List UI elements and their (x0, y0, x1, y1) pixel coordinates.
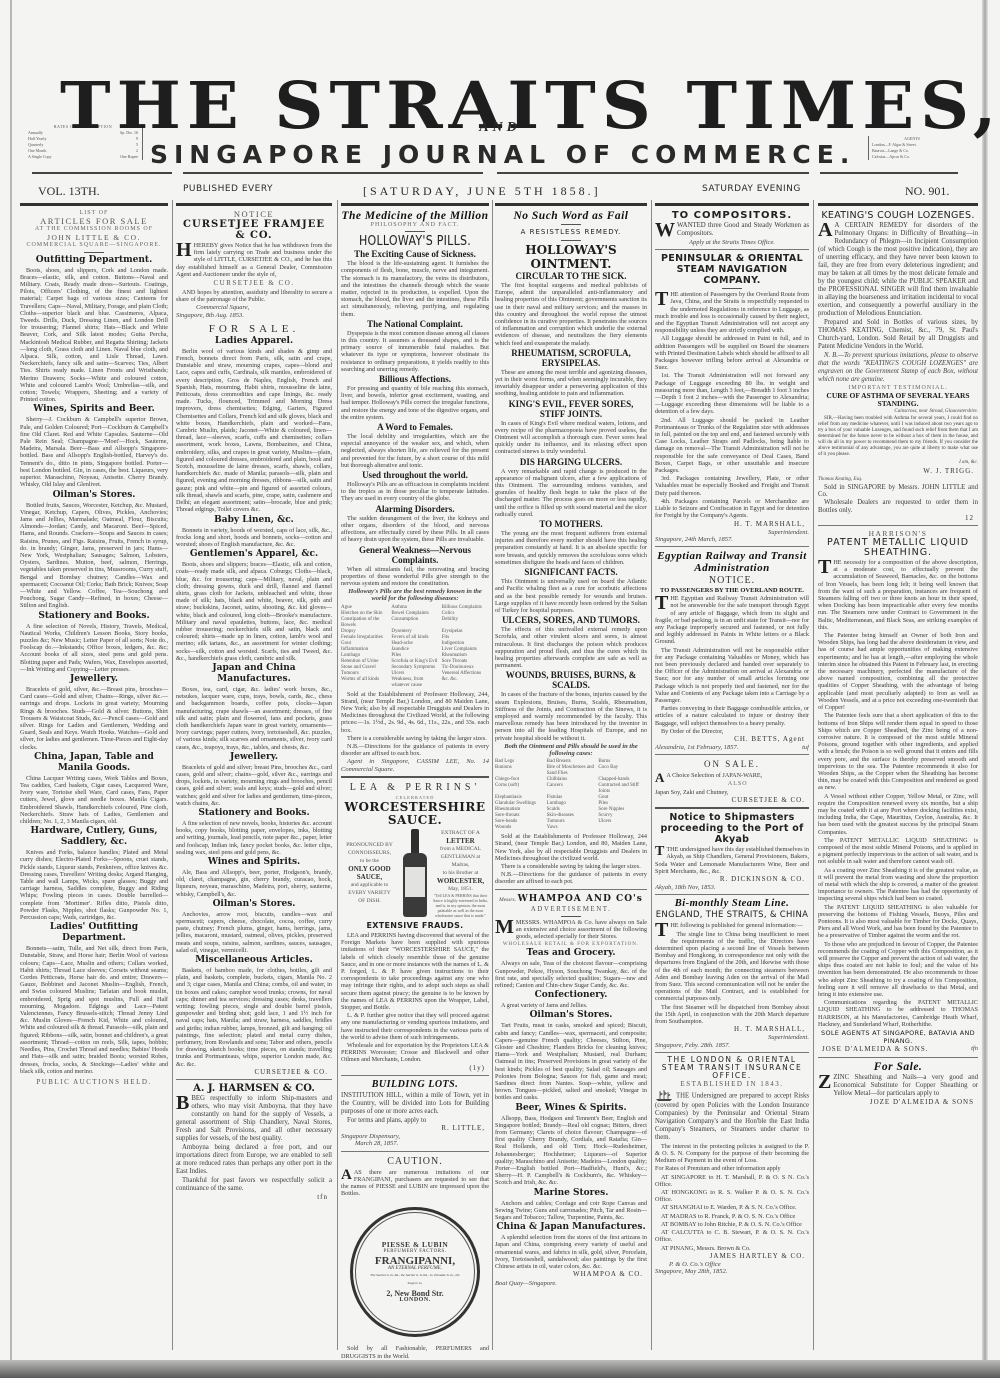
rate-label: A Single Copy (28, 154, 52, 160)
egyptian-heading: Egyptian Railway and Transit Administrat… (655, 550, 809, 574)
building-lots-signature: R. LITTLE, (345, 1125, 485, 1132)
harmsen-mark: tfn (180, 1194, 328, 1201)
sauce-ad-block: PRONOUNCED BYCONNOISSEURS,to be theONLY … (341, 829, 489, 918)
section-heading: General Weakness—Nervous Complaints. (341, 545, 489, 565)
section-body: The blood is the life-sustaining agent. … (341, 260, 489, 318)
section-heading: China & Japan Manufactures. (495, 1222, 647, 1233)
bimonthly-sub: ENGLAND, THE STRAITS, & CHINA (655, 910, 809, 921)
egyptian-mark: tuf (802, 744, 809, 751)
sauce-right-line: EXTRACT OF A (432, 829, 489, 837)
pills-saving: There is a considerable saving by taking… (341, 735, 489, 742)
frangipanni-sold-by: Sold by all Fashionable, PERFUMERS and D… (341, 1345, 489, 1359)
article-sections: Outfitting Department.Boots, shoes, and … (20, 255, 168, 1075)
lea-perrins-heading: LEA & PERRINS' (341, 781, 489, 794)
section-body: Bracelets of gold and silver; breast Pin… (176, 764, 332, 807)
section-heading: CIRCULAR TO THE SICK. (495, 271, 647, 281)
insurance-established: ESTABLISHED IN 1843. (655, 1080, 809, 1089)
section-body: This Ointment is universally used on boa… (495, 578, 647, 614)
articles-heading: ARTICLES FOR SALE (20, 217, 168, 226)
column-holloway-pills: The Medicine of the Million PHILOSOPHY A… (341, 200, 489, 1360)
section-heading: Teas and Grocery. (495, 948, 647, 959)
section-heading: Billious Affections. (341, 374, 489, 384)
section-body: The young are the most frequent sufferer… (495, 530, 647, 566)
section-body: Tart Fruits, meat in casks, smoked and s… (495, 1022, 647, 1101)
whampoa-heading: WHAMPOA AND CO's (518, 894, 643, 904)
section-body: When all stimulants fail, the renovating… (341, 566, 489, 588)
firm-heading: JOHN LITTLE & CO. (20, 233, 168, 242)
ointment-both-used: Both the Ointment and Pills should be us… (495, 743, 647, 757)
whampoa-sub: ADVERTISEMENT. (495, 905, 647, 914)
section-body: Bracelets of gold, silver, &c.—Breast pi… (20, 686, 168, 751)
bimonthly-signature-title: Superintendent. (655, 1034, 809, 1041)
frauds-mark: (1y) (345, 1065, 485, 1072)
column-rule (492, 200, 493, 1350)
keating-letter: SIR,—Having been troubled with Asthma fo… (818, 416, 978, 458)
ointment-saving: There is a considerable saving by taking… (495, 863, 647, 870)
section-body: Anchovies, arrow root, biscuits, candles… (176, 911, 332, 954)
sauce-right-line: from a MEDICAL (432, 845, 489, 853)
ointment-sections: CIRCULAR TO THE SICK.The first hospital … (495, 271, 647, 742)
insurance-agent: AT PINANG, Messrs. Brown & Co. (655, 1245, 809, 1252)
insurance-body: THE Undersigned are prepared to accept R… (655, 1090, 809, 1142)
pills-product: HOLLOWAY'S PILLS. (352, 234, 478, 249)
section-body: These are among the most terrible and ag… (495, 369, 647, 398)
insurance-heading: THE LONDON & ORIENTAL STEAM TRANSIT INSU… (655, 1056, 809, 1080)
section-heading: Jewellery. (20, 674, 168, 685)
po-signature: H. T. MARSHALL, (659, 521, 805, 528)
section-heading: Wines and Spirits. (176, 857, 332, 868)
akyab-heading: Notice to Shipmasters proceeding to the … (655, 812, 809, 845)
caution-body: AAS there are numerous imitations of our… (341, 1169, 489, 1198)
drop-cap: T (818, 559, 831, 576)
page-bottom-shadow (0, 1360, 1000, 1378)
egyptian-signature: CH. BETTS, Agent (659, 736, 805, 743)
egyptian-body: THE Egyptian and Railway Transit Adminis… (655, 595, 809, 727)
ointment-product: HOLLOWAY'S OINTMENT. (495, 243, 647, 271)
column-rule (813, 200, 814, 1350)
disease-item: Consumption (391, 617, 438, 629)
rate-value: One Rupee (120, 154, 138, 160)
section-heading: Marine Stores. (495, 1188, 647, 1199)
sauce-left-line: to be the (341, 857, 398, 865)
issue-date: [SATURDAY, JUNE 5TH 1858.] (363, 184, 601, 199)
paragraph: THE following is published for general i… (655, 922, 809, 929)
insurance-agents: AT SINGAPORE to H. T. Marshall, P. & O. … (655, 1174, 809, 1252)
paragraph: A Vessel without either Copper, Yellow M… (818, 793, 978, 836)
pills-remedy-heading: Holloway's Pills are the best remedy kno… (341, 588, 489, 602)
disease-item: Worms of all kinds (341, 677, 388, 689)
keating-heading: KEATING'S COUGH LOZENGES. (818, 210, 978, 221)
egyptian-notice: NOTICE. (655, 574, 809, 587)
section-body: Knives and Forks, balance handles; Plate… (20, 849, 168, 921)
masthead-rule (820, 172, 958, 174)
disease-item: Weakness, from whatever cause (391, 677, 438, 689)
po-signature-title: Superintendent. (655, 529, 809, 536)
on-sale-body-2: Japan Soy, Zaki and Chutney, (655, 789, 809, 796)
compositors-body: WWANTED three Good and Steady Workmen as… (655, 222, 809, 238)
paragraph: 3rd. Packages containing Jewellery, Plat… (655, 475, 809, 497)
sauce-left-line: OF DISH. (341, 897, 398, 905)
insurance-agent: AT HONGKONG to R. S. Walker P. & O. S. N… (655, 1189, 809, 1203)
building-lots-body: INSTITUTION HILL, within a mile of Town,… (341, 1092, 489, 1116)
section-body: A splendid selection from the stores of … (495, 1234, 647, 1270)
frauds-body-2: L. & P. further give notice that they wi… (341, 1012, 489, 1041)
ointment-subtitle: A RESISTLESS REMEDY. (495, 227, 647, 238)
section-heading: The National Complaint. (341, 319, 489, 329)
insurance-signature: JAMES HARTLEY & CO. (659, 1253, 805, 1260)
cursetjee-signature: CURSETJEE & CO. (180, 1069, 328, 1076)
for-sale-zinc-heading: For Sale. (818, 1061, 978, 1073)
building-lots-place: Singapore Dispensary, (341, 1133, 489, 1140)
case-item: Ulcers (598, 819, 647, 825)
section-body: A fine selection of new novels, books, h… (176, 820, 332, 856)
volume-number: VOL. 13TH. (38, 184, 100, 199)
section-body: Bottled fruits, Sauces, Worcester, Ketch… (20, 502, 168, 610)
keating-cure: CURE OF ASTHMA OF SEVERAL YEARS STANDING… (818, 392, 978, 408)
bimonthly-signature: H. T. MARSHALL, (659, 1026, 805, 1033)
keating-body: AA CERTAIN REMEDY for disorders of the P… (818, 222, 978, 318)
frauds-heading: EXTENSIVE FRAUDS. (341, 920, 489, 931)
ointment-sold-at: Sold at the Establishments of Professor … (495, 833, 647, 862)
pills-directions: N.B.—Directions for the guidance of pati… (341, 743, 489, 757)
case-item: Yaws (547, 825, 596, 831)
section-body: Dyspepsia is the most common disease amo… (341, 330, 489, 373)
harrison-heading: PATENT METALLIC LIQUID SHEATHING. (818, 538, 978, 558)
sauce-right-line: WORCESTER, (432, 877, 489, 885)
harmsen-body-2: Amboyna being declared a free port, and … (176, 1144, 332, 1176)
section-body: In cases of the fracture of the bones, i… (495, 691, 647, 741)
paragraph: THE necessity for a composition of the a… (818, 559, 978, 631)
building-lots-heading: BUILDING LOTS. (341, 1079, 489, 1091)
disease-item: Debility (442, 617, 489, 629)
section-heading: Stationery and Books. (20, 611, 168, 622)
section-body: Boots, shoes, and slippers, Cork and Lon… (20, 267, 168, 404)
pills-title: The Medicine of the Million (341, 210, 489, 222)
harmsen-heading: A. J. HARMSEN & CO. (176, 1083, 332, 1094)
paragraph: As a coating over Zinc Sheathing it is o… (818, 867, 978, 903)
notice-body: HHEREBY gives Notice that he has withdra… (176, 242, 332, 278)
harmsen-body-3: Thankful for past favors we respectfully… (176, 1177, 332, 1193)
title-conjunction: AND (0, 120, 1000, 136)
sauce-left-line: and applicable to (341, 881, 398, 889)
insurance-agent: AT MADRAS to R. Franck, P. & O. S. N. Co… (655, 1213, 809, 1220)
section-heading: Wines, Spirits and Beer. (20, 404, 168, 415)
column-rule (337, 200, 338, 1350)
keating-sold: Sold in SINGAPORE by Messrs. JOHN LITTLE… (818, 484, 978, 498)
section-heading: RHEUMATISM, SCROFULA, ERYSIPELAS. (495, 348, 647, 368)
sauce-left-line: EVERY VARIETY (341, 889, 398, 897)
published-every: PUBLISHED EVERY (183, 184, 273, 194)
seal-address: 2, New Bond Str. (386, 1290, 443, 1297)
harrison-agents: SOLE AGENTS AT SINGAPORE, BATAVIA AND PI… (818, 1029, 978, 1045)
section-body: Boxes, tea, card, cigar, &c. ladies' wor… (176, 686, 332, 751)
paragraph: The first Steamer will be dispatched fro… (655, 1004, 809, 1026)
bimonthly-heading: Bi-monthly Steam Line. (655, 898, 809, 910)
dateline: VOL. 13TH. PUBLISHED EVERY [SATURDAY, JU… (0, 184, 1000, 200)
keating-yours: I am, &c. (818, 459, 978, 466)
insurance-body-2: The interest in the protecting policies … (655, 1143, 809, 1165)
sauce-right-line: May, 1851. (432, 885, 489, 893)
insurance-rates: For Rates of Premium and other informati… (655, 1165, 809, 1172)
paragraph: The PATENT LIQUID SHEATHING is also valu… (818, 904, 978, 940)
section-body: The sudden derangement of the liver, the… (341, 515, 489, 544)
sauce-ad-right: EXTRACT OF ALETTERfrom a MEDICALGENTLEMA… (432, 829, 489, 918)
paragraph: The Patentee feels sure that a short app… (818, 712, 978, 791)
keating-wholesale: Wholesale Dealers are requested to order… (818, 499, 978, 513)
section-body: Baskets, of bamboo made, for clothes, bo… (176, 967, 332, 1068)
section-body: A great variety of Jams and Jellies. (495, 1002, 647, 1009)
whampoa-signature: WHAMPOA & CO. (499, 1271, 643, 1278)
sauce-bottle-icon (402, 829, 428, 917)
whampoa-wholesale: WHOLESALE RETAIL & FOR EXPORTATION. (495, 941, 647, 948)
section-heading: China, Japan, Table and Manila Goods. (20, 752, 168, 774)
column-keating-harrison: KEATING'S COUGH LOZENGES. AA CERTAIN REM… (818, 200, 978, 1360)
section-body: The first hospital surgeons and medical … (495, 282, 647, 347)
section-heading: DIS HARGING ULCERS. (495, 457, 647, 467)
for-sale-zinc-body: ZZINC Sheathing and Nails—a very good an… (818, 1074, 978, 1098)
building-lots-date: March 28, 1857. (341, 1140, 489, 1147)
paragraph: Parties conveying in their Baggage combu… (655, 705, 809, 727)
section-heading: Jewellery. (176, 752, 332, 763)
section-heading: WOUNDS, BRUISES, BURNS, & SCALDS. (495, 670, 647, 690)
notice-firm-name: CURSETJEE FRAMJEE & CO. (176, 219, 332, 241)
address-heading: COMMERCIAL SQUARE—SINGAPORE. (20, 242, 168, 249)
case-item: Coco Bay (598, 765, 647, 777)
harrison-body: THE necessity for a composition of the a… (818, 559, 978, 1028)
disease-item: &c. &c. (442, 677, 489, 689)
notice-date: Singapore, 8th Aug. 1853. (176, 312, 332, 319)
section-heading: Used throughout the world. (341, 470, 489, 480)
section-heading: ULCERS, SORES, AND TUMORS. (495, 615, 647, 625)
paragraph: To those who are prejudiced in favour of… (818, 941, 978, 999)
drop-cap: T (655, 922, 668, 939)
section-heading: Baby Linen, &c. (176, 515, 332, 526)
section-body: Holloway's Pills are as efficacious in c… (341, 481, 489, 503)
whampoa-body: MMESSRS. WHAMPOA & Co. have always on Sa… (495, 919, 647, 941)
masthead: RATES OF SUBSCRIPTION AnnuallySp. Drs. 1… (0, 0, 1000, 200)
whampoa-sections: Teas and Grocery.Always on sale, Teas of… (495, 948, 647, 1270)
paragraph: The single line to China being insuffici… (655, 931, 809, 1003)
paragraph: All Luggage should be addressed in Paint… (655, 335, 809, 371)
keating-place: Cainscross, near Stroud, Gloucestershire… (818, 408, 978, 415)
seal-tagline: AN ETERNAL PERFUME. (388, 1265, 442, 1272)
keating-nb: N. B.—To prevent spurious imitations, pl… (818, 352, 978, 384)
column-rule (172, 200, 173, 1350)
case-item: Cancers (547, 783, 596, 795)
for-sale-heading: FOR SALE. (176, 323, 332, 336)
disease-item: Constipation of the Bowels (341, 617, 388, 629)
rooms-heading: AT THE COMMISSION ROOMS OF (20, 226, 168, 233)
drop-cap: T (655, 595, 668, 612)
rate-row: A Single CopyOne Rupee (28, 154, 138, 160)
column-rule (651, 200, 652, 1350)
page-edge-left (10, 0, 12, 1378)
case-item: Corns (soft) (495, 783, 544, 795)
seal-maker: PIESSE & LUBIN (382, 1241, 449, 1248)
section-body: Bonnets in variety, hoods of worsted, ca… (176, 527, 332, 549)
seal-maker-sub: PERFUMERY FACTORS. (383, 1248, 446, 1255)
section-heading: Oilman's Stores. (176, 899, 332, 910)
section-body: Sherry—J. Cockburn & Campbell's superior… (20, 416, 168, 488)
insurance-agent: AT BOMBAY to John Ritchie, P. & O. S. N.… (655, 1221, 809, 1228)
harmsen-body: BBEG respectfully to inform Ship-masters… (176, 1095, 332, 1143)
masthead-rule (32, 172, 172, 174)
section-body: A very remarkable and rapid change is pr… (495, 468, 647, 518)
caution-heading: CAUTION. (341, 1155, 489, 1168)
sauce-right-line: GENTLEMAN at (432, 853, 489, 861)
case-item: Bite of Moschetoes and Sand Flies (547, 765, 596, 777)
compositors-heading: TO COMPOSITORS. (655, 210, 809, 221)
insurance-date: Singapore, May 28th, 1852. (655, 1268, 809, 1275)
frauds-body: LEA and PERRINS having discovered that s… (341, 932, 489, 1011)
section-body: In cases of King's Evil where medical wa… (495, 420, 647, 456)
sauce-right-line: to his Brother at (432, 869, 489, 877)
akyab-date: Akyab, 18th Nov, 1853. (655, 884, 809, 891)
keating-addressee: Thomas Keating, Esq. (818, 476, 978, 483)
sauce-right-line: LETTER (432, 837, 489, 845)
paragraph: 1st. The Transit Administration will not… (655, 372, 809, 415)
notice-heading: NOTICE (176, 210, 332, 219)
section-body: Berlin wool of various kinds and shades … (176, 348, 332, 514)
section-body: Allsopp, Bass, Hodgson and Tennent's Bee… (495, 1115, 647, 1187)
case-item: Bunions (495, 765, 544, 777)
section-heading: Alarming Disorders. (341, 504, 489, 514)
lea-perrins-product: WORCESTERSHIRE SAUCE. (341, 801, 489, 827)
section-heading: A Word to Females. (341, 422, 489, 432)
masthead-rule (497, 172, 809, 174)
paragraph: THE Egyptian and Railway Transit Adminis… (655, 595, 809, 645)
on-sale-body: AA Choice Selection of JAPAN-WARE, (655, 772, 809, 779)
notice-body-2: AND hopes by attention, assiduity and li… (176, 289, 332, 303)
column-cursetjee: NOTICE CURSETJEE FRAMJEE & CO. HHEREBY g… (176, 200, 332, 1360)
section-heading: Oilman's Stores. (495, 1010, 647, 1021)
agent-entry: Calcutta—Apcar & Co. (872, 154, 952, 160)
keating-body-2: Prepared and Sold in Bottles of various … (818, 319, 978, 351)
whampoa-heading-row: Messrs. WHAMPOA AND CO's (495, 894, 647, 905)
section-body: Boots, shoes and slippers; braces—Elasti… (176, 561, 332, 662)
insurance-agent: AT SINGAPORE to H. T. Marshall, P. & O. … (655, 1174, 809, 1188)
keating-mark: 12 (822, 515, 974, 522)
section-heading: Confectionery. (495, 990, 647, 1001)
egyptian-order: By Order of the Director, (655, 728, 809, 735)
egyptian-sub: TO PASSENGERS BY THE OVERLAND ROUTE. (655, 587, 809, 594)
on-sale-signature: CURSETJEE & CO. (659, 797, 805, 804)
for-sale-sections: Ladies Apparel.Berlin wool of various ki… (176, 336, 332, 1068)
po-date: Singapore, 24th March, 1857. (655, 536, 809, 543)
pills-subtitle: PHILOSOPHY AND FACT. (341, 222, 489, 229)
section-heading: Gentlemen's Apparel, &c. (176, 549, 332, 560)
for-sale-zinc-signature: JOZE D'ALMEIDA & SONS (822, 1099, 974, 1106)
diseases-list: AgueAsthmaBillious ComplaintsBlotches on… (341, 605, 489, 689)
page-edge-right (982, 0, 988, 1378)
pills-sold-at: Sold at the Establishment of Professor H… (341, 691, 489, 734)
akyab-signature: R. DICKINSON & CO. (659, 876, 805, 883)
sauce-right-line: "Tell LEA & PERRINS that their Sauce is … (432, 893, 489, 918)
ointment-title: No Such Word as Fail (495, 210, 647, 222)
akyab-body: TTHE undersigned have this day establish… (655, 846, 809, 875)
compositors-apply: Apply at the Straits Times Office. (655, 239, 809, 246)
sauce-right-line: Madras, (432, 861, 489, 869)
section-body: A fine selection of Novels, History, Tra… (20, 623, 168, 673)
harrison-signature: JOSE D'ALMEIDA & SONS. (822, 1046, 929, 1053)
po-heading: PENINSULAR & ORIENTAL STEAM NAVIGATION C… (655, 253, 809, 286)
frauds-body-3: Wholesale and for exportation by the Pro… (341, 1042, 489, 1064)
cases-list: Bad LegsBad BreastsBurnsBunionsBite of M… (495, 759, 647, 831)
masthead-rule (183, 172, 483, 174)
seal-city: LONDON. (399, 1297, 430, 1304)
seal-product: FRANGIPANNI, (375, 1258, 455, 1265)
paragraph: 4th. Packages containing Parcels or Merc… (655, 498, 809, 520)
section-heading: Oilman's Stores. (20, 490, 168, 501)
whampoa-place: Boat Quay—Singapore. (495, 1280, 647, 1287)
sauce-left-line: CONNOISSEURS, (341, 849, 398, 857)
section-body: Always on sale, Teas of the choicest fla… (495, 960, 647, 989)
ointment-directions: N.B.—Directions for the guidance of pati… (495, 871, 647, 885)
on-sale-heading: ON SALE. (655, 758, 809, 771)
section-heading: Ladies' Outfitting Department. (20, 922, 168, 944)
section-heading: TO MOTHERS. (495, 519, 647, 529)
column-holloway-ointment: No Such Word as Fail A RESISTLESS REMEDY… (495, 200, 647, 1360)
paragraph: The Transit Administration will not be r… (655, 647, 809, 705)
sauce-ad-left: PRONOUNCED BYCONNOISSEURS,to be theONLY … (341, 841, 398, 905)
section-body: The local debility and irregularities, w… (341, 433, 489, 469)
paragraph: 2nd. All Luggage should be packed in Lea… (655, 417, 809, 475)
newspaper-subtitle: SINGAPORE JOURNAL OF COMMERCE. (150, 140, 850, 169)
section-heading: Stationery and Books. (176, 808, 332, 819)
on-sale-also: ALSO (655, 781, 809, 788)
section-body: China Lacquer Writing cases, Work Tables… (20, 775, 168, 825)
paragraph: THE attention of Passengers by the Overl… (655, 291, 809, 334)
issue-number: NO. 901. (905, 184, 949, 199)
section-heading: Miscellaneous Articles. (176, 955, 332, 966)
egyptian-date: Alexandria, 1st February, 1857. (655, 744, 738, 751)
pills-agent: Agent in Singapore, CASSIM LEE, No. 14 C… (341, 758, 489, 772)
notice-place: Commercial Square, (176, 304, 332, 311)
agents-box: AGENTS London—F. Algar & Street.Batavia—… (868, 136, 952, 160)
paragraph: The Patentee being himself an Owner of b… (818, 632, 978, 711)
sauce-left-line: SAUCE, (341, 873, 398, 881)
section-heading: Outfitting Department. (20, 255, 168, 266)
section-heading: The Exciting Cause of Sickness. (341, 249, 489, 259)
section-body: The effects of this unrivalled external … (495, 626, 647, 669)
insurance-office: P. & O. Co.'s Office (655, 1261, 809, 1268)
seal-prices: The Sachet is 2s. 6d., the Sachet is 1s … (370, 1272, 460, 1286)
column-po-steam: TO COMPOSITORS. WWANTED three Good and S… (655, 200, 809, 1360)
ship-icon (655, 1090, 673, 1102)
harrison-mark: tfn (971, 1045, 978, 1054)
frangipanni-seal: PIESSE & LUBIN PERFUMERY FACTORS. FRANGI… (350, 1207, 480, 1337)
bimonthly-date: Singapore, Feby. 28th. 1857. (655, 1042, 809, 1049)
case-item: Contracted and Stiff Joints (598, 783, 647, 795)
sauce-left-line: PRONOUNCED BY (341, 841, 398, 849)
section-body: For pressing and quantity of bile reachi… (341, 385, 489, 421)
notice-new-firm: CURSETJEE & CO. (176, 279, 332, 288)
section-heading: Hardware, Cutlery, Guns, Saddlery, &c. (20, 826, 168, 848)
insurance-agent: AT SHANGHAI to E. Warden, P. & S. N. Co.… (655, 1204, 809, 1211)
publication-day: SATURDAY EVENING (702, 184, 801, 194)
paragraph: Communications regarding the PATENT META… (818, 999, 978, 1028)
auctions-footer: PUBLIC AUCTIONS HELD. (20, 1078, 168, 1087)
section-heading: SIGNIFICANT FACTS. (495, 567, 647, 577)
section-body: Ale, Bass and Allsopp's, beer, porter, H… (176, 869, 332, 898)
section-heading: Japan and China Manufactures. (176, 663, 332, 685)
drop-cap: T (655, 291, 668, 308)
paragraph: The PATENT METALLIC LIQUID SHEATHING is … (818, 837, 978, 866)
section-body: Bonnets—satin, Tulle, and Net silk, dire… (20, 945, 168, 1075)
whampoa-messrs: Messrs. (499, 897, 516, 903)
section-heading: Beer, Wines & Spirits. (495, 1103, 647, 1114)
section-body: Anchors and cables; Cordage and coir Rop… (495, 1200, 647, 1222)
